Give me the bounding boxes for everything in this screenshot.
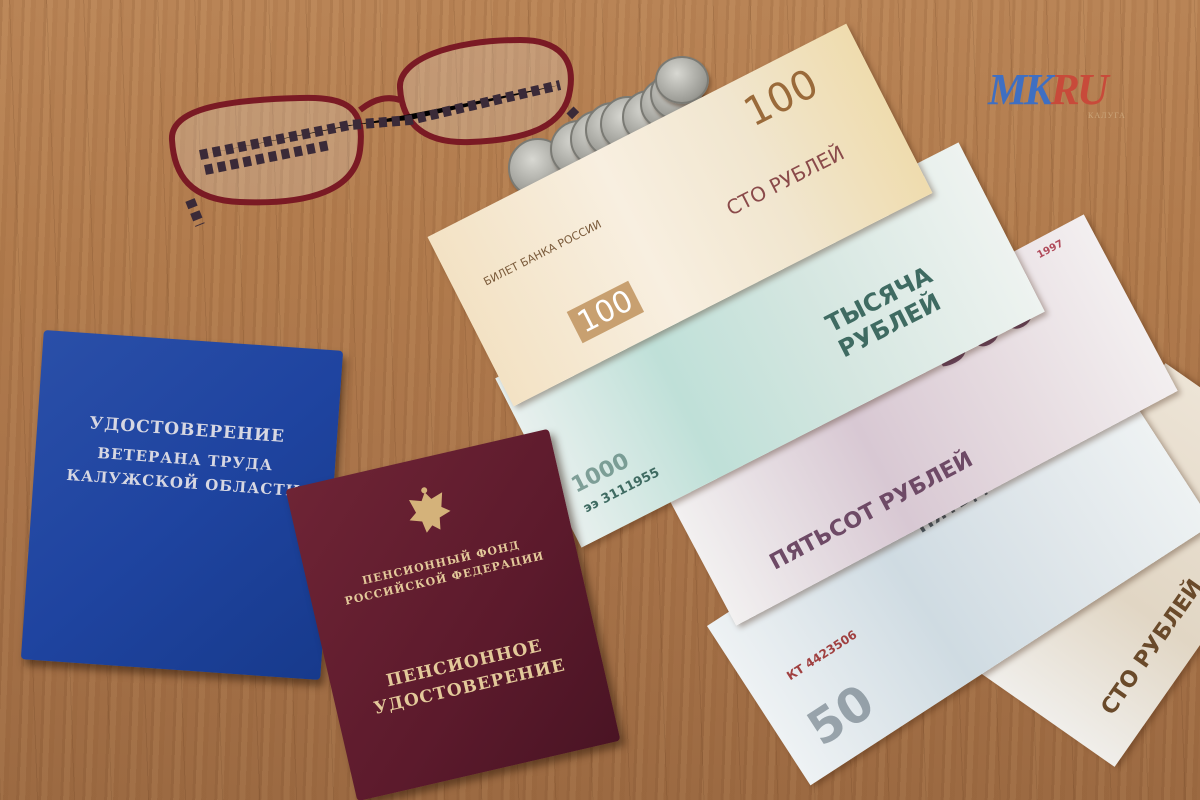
banknote-denomination: 50 [797, 674, 884, 757]
double-headed-eagle-icon [401, 481, 458, 542]
banknote-year: 1997 [1036, 238, 1066, 261]
banknote-text: СТО РУБЛЕЙ [722, 141, 848, 221]
banknote-serial: КТ 4423506 [784, 627, 859, 683]
logo-ru: RU [1050, 65, 1105, 114]
logo-mk: MK [988, 65, 1050, 114]
banknote-denomination: 100 [737, 60, 826, 136]
logo-region: КАЛУГА [1088, 112, 1126, 120]
banknote-bank: БИЛЕТ БАНКА РОССИИ [481, 218, 603, 289]
mk-ru-logo: MKRU КАЛУГА [988, 68, 1106, 112]
banknote-denomination-small: 100 [567, 281, 645, 344]
